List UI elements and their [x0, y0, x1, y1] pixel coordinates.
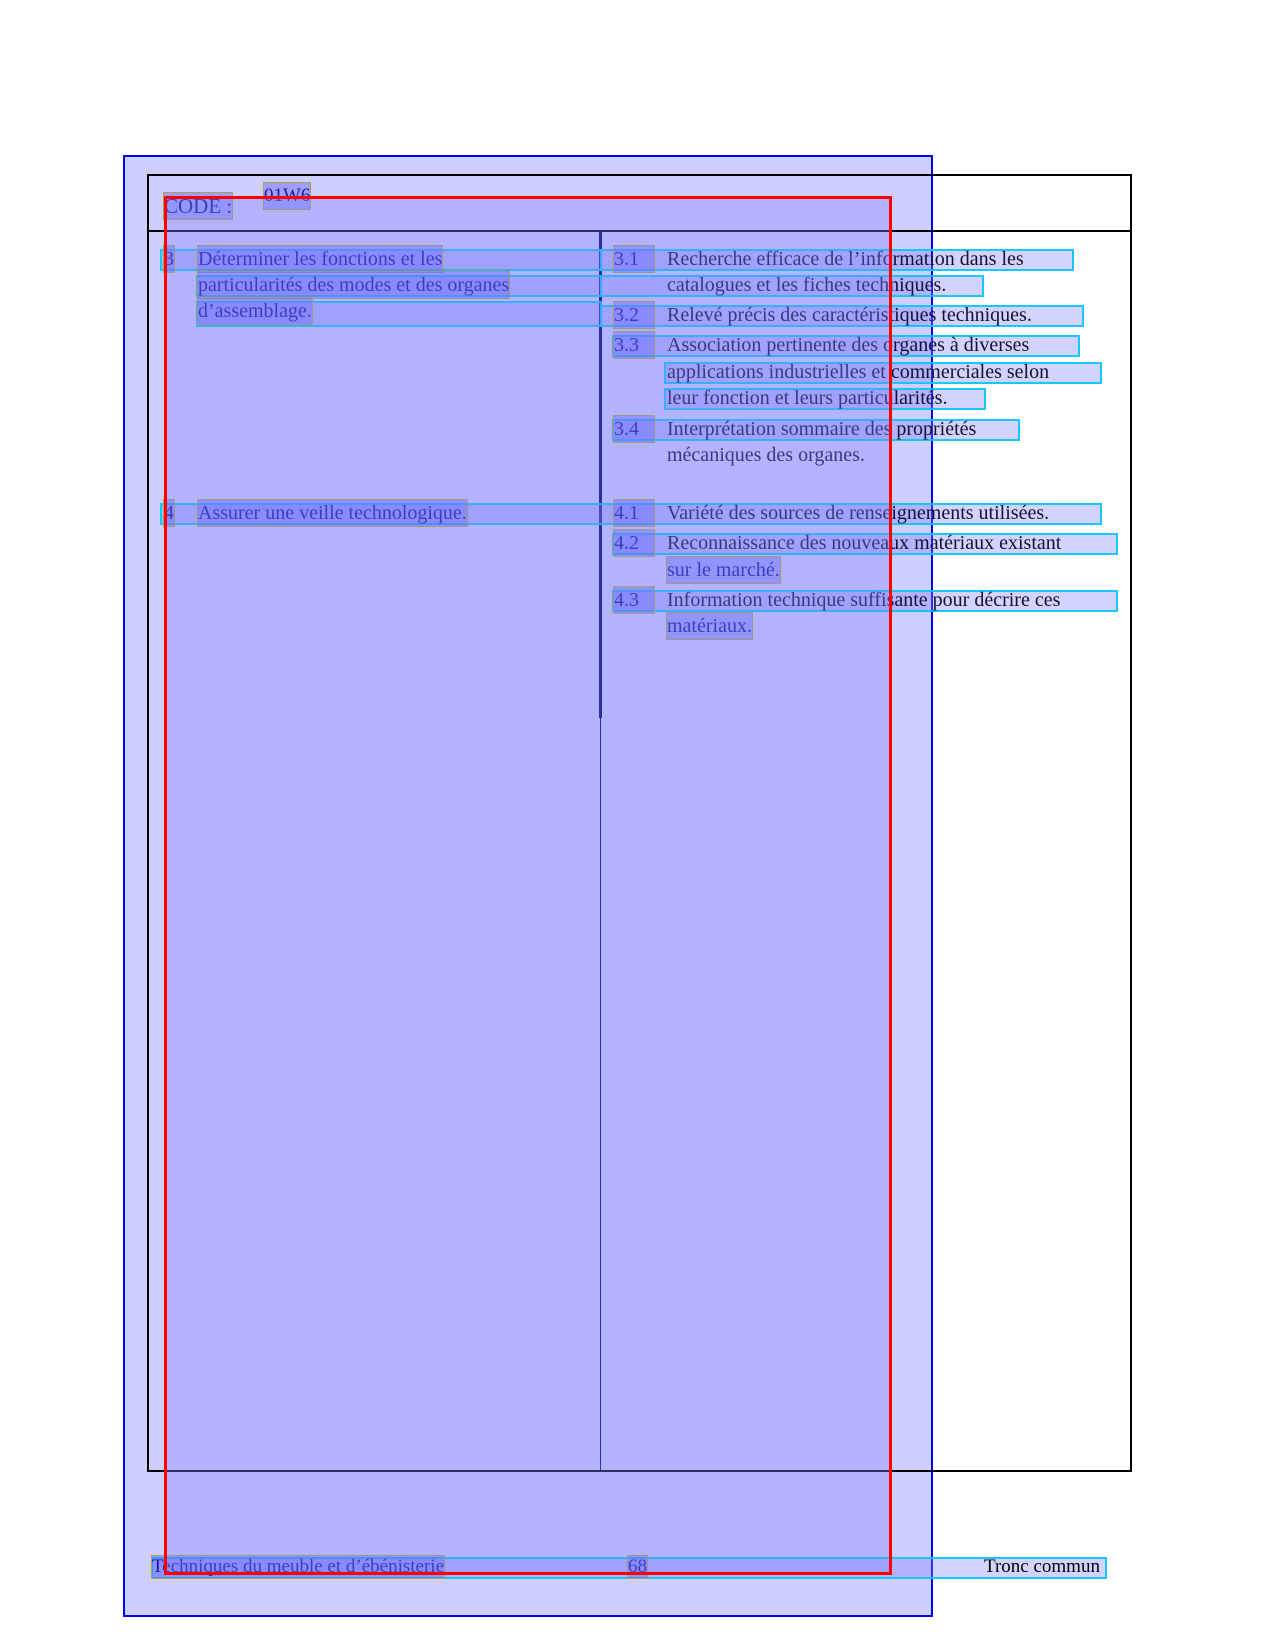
layout-region-inner [164, 196, 892, 1575]
footer-section: Tronc commun [984, 1556, 1100, 1578]
